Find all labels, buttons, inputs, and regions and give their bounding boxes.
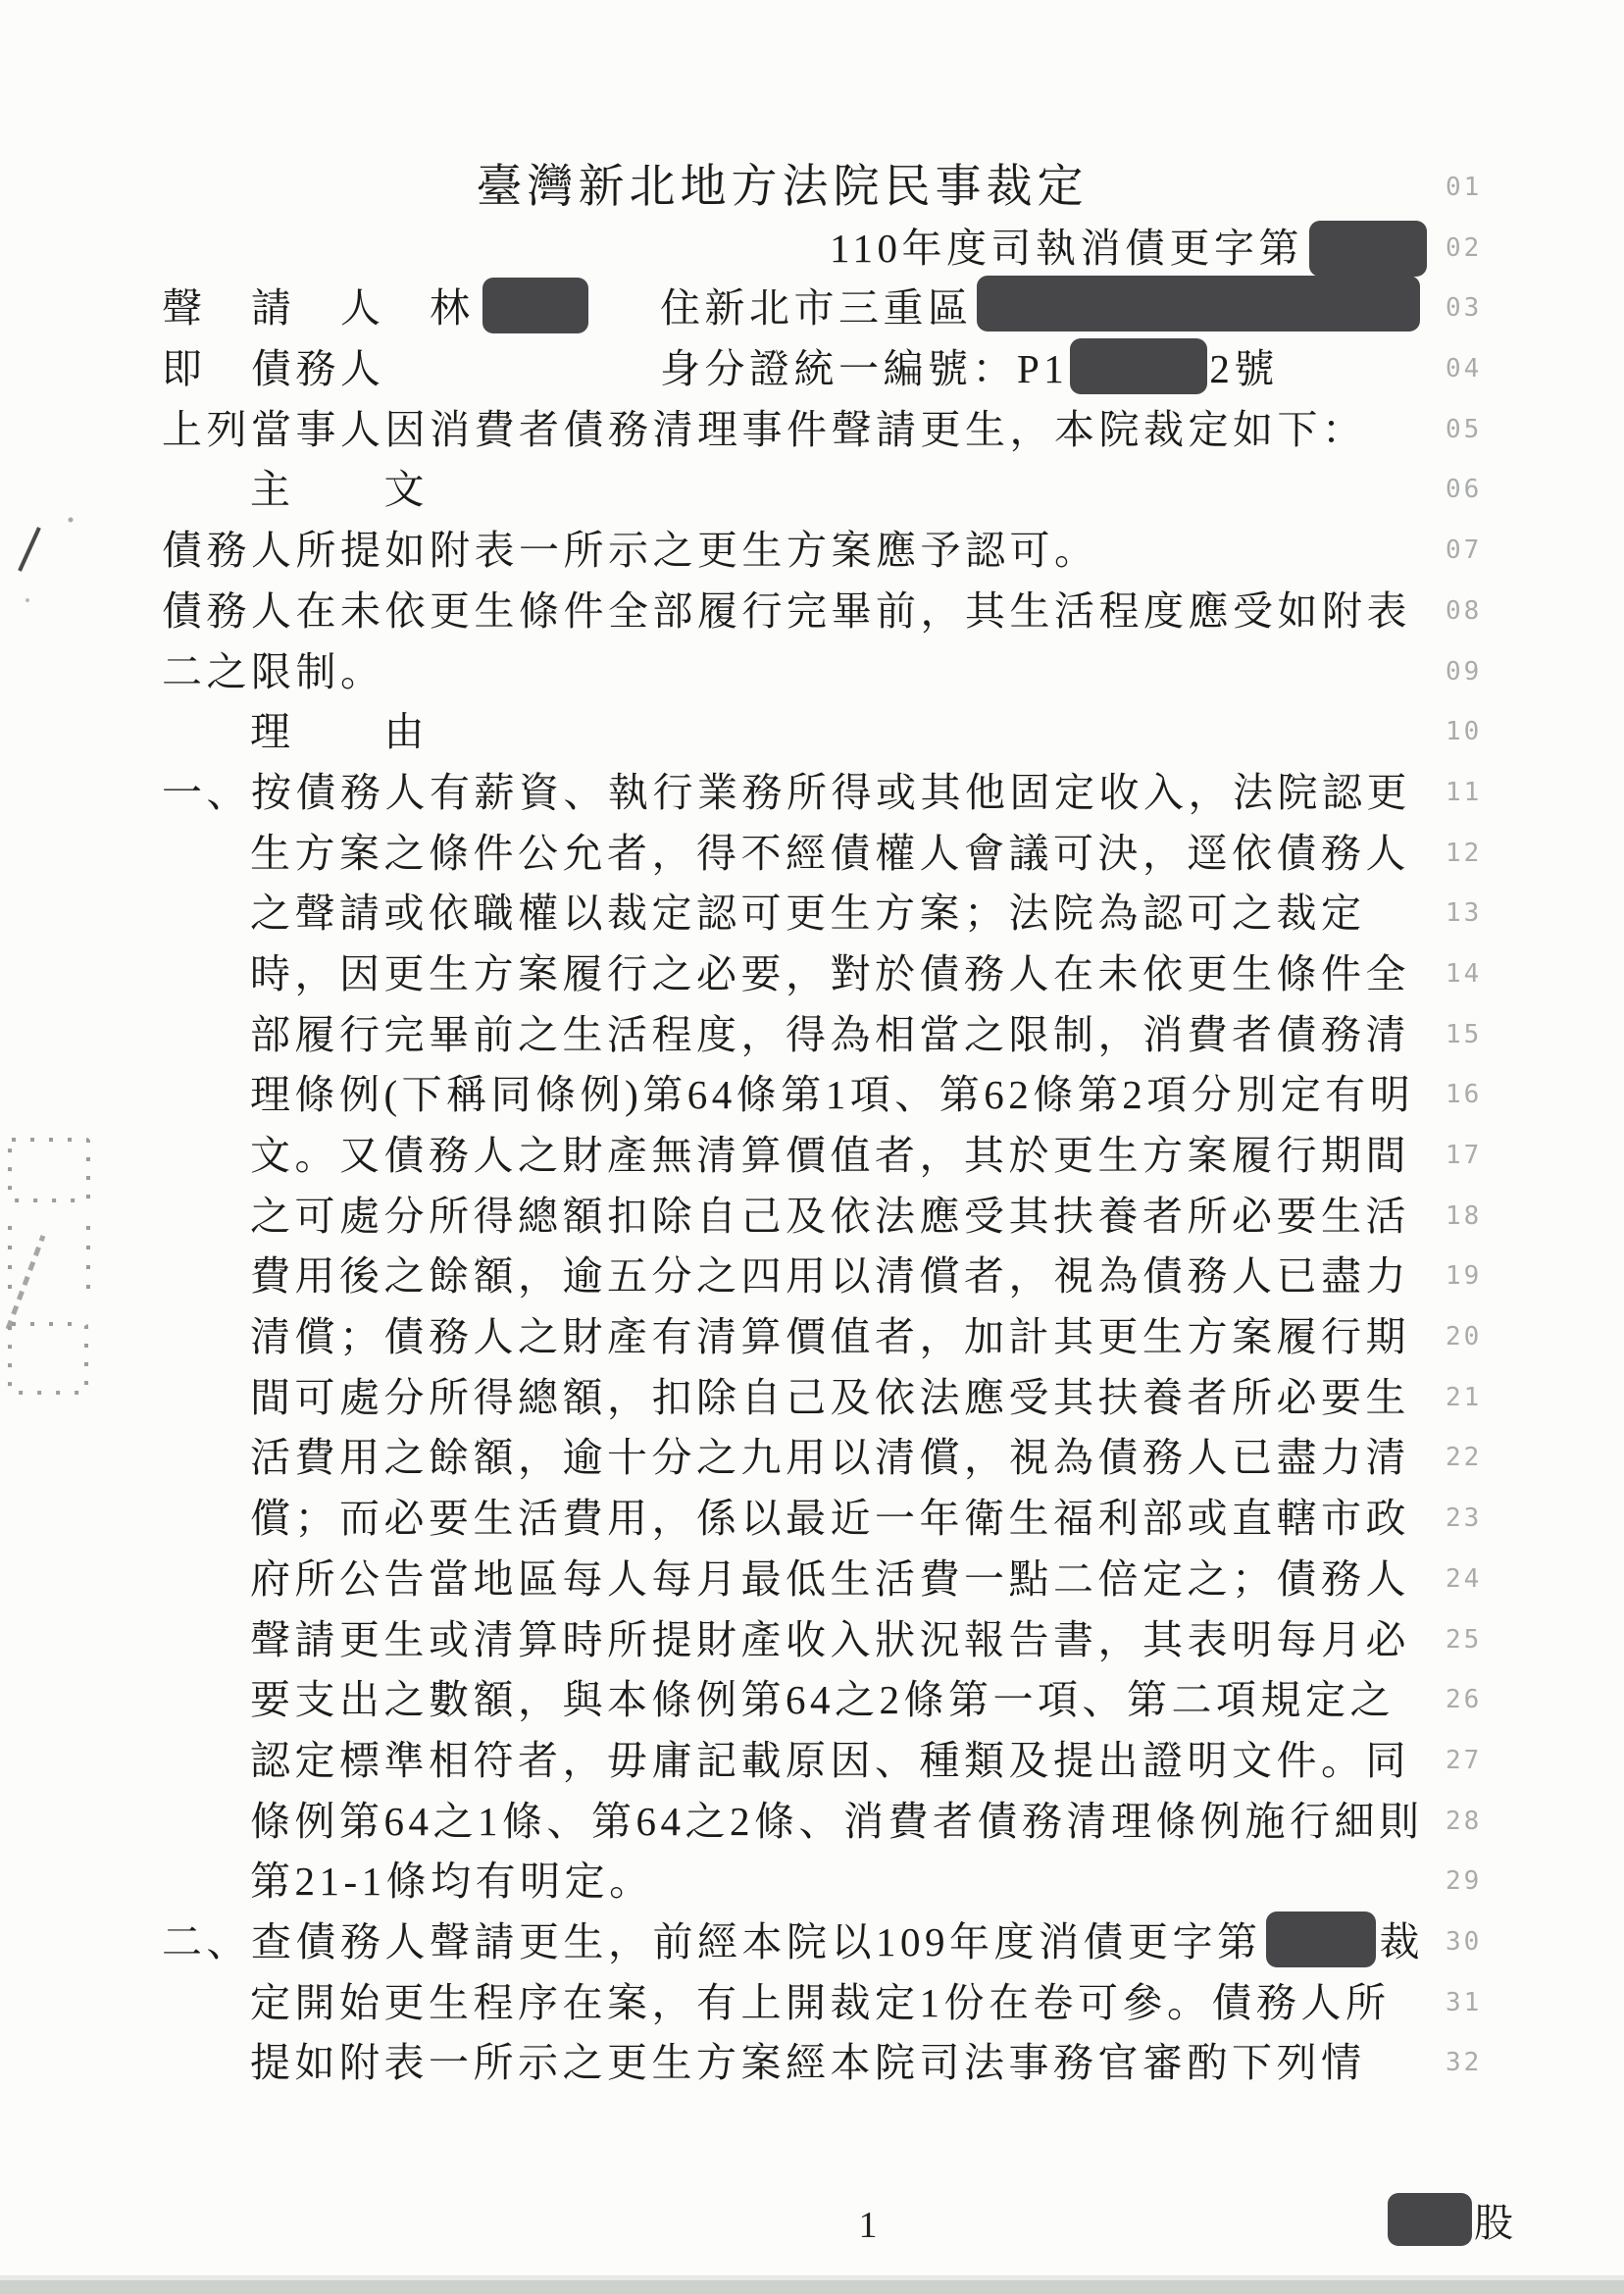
- line-number: 06: [1446, 475, 1482, 504]
- page-number: 1: [838, 2195, 897, 2256]
- line-number: 23: [1446, 1504, 1482, 1533]
- doc-line-19: 費用後之餘額，逾五分之四用以清償者，視為債務人已盡力 19: [0, 1246, 1624, 1306]
- line-number: 14: [1446, 959, 1482, 989]
- line-number: 27: [1446, 1746, 1482, 1775]
- line-number: 31: [1446, 1988, 1482, 2017]
- doc-line-24: 府所公告當地區每人每月最低生活費一點二倍定之；債務人 24: [0, 1549, 1624, 1609]
- doc-line-31: 定開始更生程序在案，有上開裁定1份在卷可參。債務人所 31: [0, 1972, 1624, 2033]
- doc-line-30: 二、查債務人聲請更生，前經本院以109年度消債更字第裁 30: [0, 1912, 1624, 1972]
- body-text: 二之限制。: [162, 641, 385, 702]
- doc-line-10: 理 由 10: [0, 701, 1624, 762]
- body-text: 府所公告當地區每人每月最低生活費一點二倍定之；債務人: [250, 1549, 1410, 1609]
- doc-line-08: 債務人在未依更生條件全部履行完畢前，其生活程度應受如附表 08: [0, 581, 1624, 641]
- doc-line-15: 部履行完畢前之生活程度，得為相當之限制，消費者債務清 15: [0, 1004, 1624, 1065]
- line-number: 05: [1446, 415, 1482, 444]
- body-text: 生方案之條件公允者，得不經債權人會議可決，逕依債務人: [250, 823, 1410, 884]
- body-text: 債務人所提如附表一所示之更生方案應予認可。: [162, 520, 1099, 581]
- division-suffix: 股: [1474, 2201, 1515, 2245]
- body-text: 提如附表一所示之更生方案經本院司法事務官審酌下列情: [250, 2032, 1366, 2093]
- body-text: 認定標準相符者，毋庸記載原因、種類及提出證明文件。同: [250, 1730, 1410, 1791]
- body-text: 條例第64之1條、第64之2條、消費者債務清理條例施行細則: [250, 1791, 1424, 1852]
- redaction-division-stamp: [1388, 2193, 1472, 2246]
- doc-line-25: 聲請更生或清算時所提財產收入狀況報告書，其表明每月必 25: [0, 1609, 1624, 1670]
- line-number: 10: [1446, 717, 1482, 746]
- body-text: 活費用之餘額，逾十分之九用以清償，視為債務人已盡力清: [250, 1427, 1410, 1488]
- id-number-line: 身分證統一編號：P12號: [660, 338, 1279, 399]
- doc-line-23: 償；而必要生活費用，係以最近一年衛生福利部或直轄市政 23: [0, 1488, 1624, 1549]
- line-number: 07: [1446, 535, 1482, 565]
- line-number: 01: [1446, 173, 1482, 202]
- body-text: 債務人在未依更生條件全部履行完畢前，其生活程度應受如附表: [162, 581, 1411, 641]
- line-number: 21: [1446, 1383, 1482, 1412]
- doc-line-05: 上列當事人因消費者債務清理事件聲請更生，本院裁定如下： 05: [0, 399, 1624, 460]
- body-text: 第21-1條均有明定。: [250, 1851, 654, 1912]
- doc-line-13: 之聲請或依職權以裁定認可更生方案；法院為認可之裁定 13: [0, 883, 1624, 943]
- line-number: 16: [1446, 1080, 1482, 1109]
- line-number: 08: [1446, 596, 1482, 626]
- line-number: 29: [1446, 1866, 1482, 1896]
- line-number: 20: [1446, 1322, 1482, 1351]
- line-number: 15: [1446, 1020, 1482, 1049]
- doc-line-11: 一、按債務人有薪資、執行業務所得或其他固定收入，法院認更 11: [0, 762, 1624, 823]
- doc-line-14: 時，因更生方案履行之必要，對於債務人在未依更生條件全 14: [0, 943, 1624, 1004]
- prior-case-suffix: 裁: [1380, 1919, 1425, 1964]
- redaction-prior-case-number: [1266, 1912, 1376, 1967]
- body-text: 償；而必要生活費用，係以最近一年衛生福利部或直轄市政: [250, 1488, 1410, 1549]
- doc-line-21: 間可處分所得總額，扣除自己及依法應受其扶養者所必要生 21: [0, 1367, 1624, 1428]
- line-number: 17: [1446, 1141, 1482, 1170]
- doc-line-16: 理條例(下稱同條例)第64條第1項、第62條第2項分別定有明 16: [0, 1064, 1624, 1125]
- line-number: 09: [1446, 657, 1482, 687]
- redaction-id-number: [1070, 338, 1207, 394]
- scan-edge: [0, 2280, 1624, 2294]
- doc-line-26: 要支出之數額，與本條例第64之2條第一項、第二項規定之 26: [0, 1669, 1624, 1730]
- scan-artifact-slash: [0, 510, 118, 628]
- line-number: 22: [1446, 1443, 1482, 1472]
- body-text: 理條例(下稱同條例)第64條第1項、第62條第2項分別定有明: [250, 1064, 1414, 1125]
- line-number: 28: [1446, 1807, 1482, 1836]
- document-page: 臺灣新北地方法院民事裁定 01 110年度司執消債更字第 02 聲 請 人 林 …: [0, 0, 1624, 2294]
- case-number-line: 110年度司執消債更字第: [162, 218, 1427, 279]
- reasons-heading: 理 由: [250, 701, 429, 762]
- doc-line-02: 110年度司執消債更字第 02: [0, 218, 1624, 279]
- body-text: 定開始更生程序在案，有上開裁定1份在卷可參。債務人所: [250, 1972, 1391, 2033]
- body-text: 費用後之餘額，逾五分之四用以清償者，視為債務人已盡力: [250, 1246, 1410, 1306]
- scan-artifact-dots: [0, 1128, 118, 1442]
- body-text: 要支出之數額，與本條例第64之2條第一項、第二項規定之: [250, 1669, 1395, 1730]
- main-text-heading: 主 文: [250, 459, 429, 520]
- doc-line-07: 債務人所提如附表一所示之更生方案應予認可。 07: [0, 520, 1624, 581]
- line-number: 30: [1446, 1927, 1482, 1957]
- line-number: 26: [1446, 1685, 1482, 1714]
- body-text: 聲請更生或清算時所提財產收入狀況報告書，其表明每月必: [250, 1609, 1410, 1670]
- redaction-case-number: [1309, 221, 1427, 277]
- line-number: 19: [1446, 1261, 1482, 1291]
- body-text: 清償；債務人之財產有清算價值者，加計其更生方案履行期: [250, 1306, 1410, 1367]
- line-number: 32: [1446, 2048, 1482, 2077]
- body-text: 文。又債務人之財產無清算價值者，其於更生方案履行期間: [250, 1125, 1410, 1186]
- applicant-address: 住新北市三重區: [660, 278, 1420, 338]
- line-number: 18: [1446, 1201, 1482, 1231]
- division-stamp: 股: [1388, 2193, 1515, 2254]
- case-number-prefix: 110年度司執消債更字第: [830, 226, 1303, 271]
- line-number: 25: [1446, 1625, 1482, 1655]
- redaction-address: [977, 276, 1420, 331]
- doc-line-04: 即 債務人 身分證統一編號：P12號 04: [0, 338, 1624, 399]
- intro-sentence: 上列當事人因消費者債務清理事件聲請更生，本院裁定如下：: [162, 399, 1367, 460]
- line-number: 03: [1446, 293, 1482, 323]
- line-number: 24: [1446, 1564, 1482, 1594]
- line-number: 11: [1446, 778, 1482, 807]
- body-text: 時，因更生方案履行之必要，對於債務人在未依更生條件全: [250, 943, 1410, 1004]
- id-number-prefix: 身分證統一編號：P1: [660, 346, 1068, 391]
- doc-line-09: 二之限制。 09: [0, 641, 1624, 702]
- body-text: 二、查債務人聲請更生，前經本院以109年度消債更字第裁: [162, 1912, 1424, 1972]
- court-title: 臺灣新北地方法院民事裁定: [162, 157, 1402, 218]
- debtor-label: 即 債務人: [162, 338, 385, 399]
- doc-line-20: 清償；債務人之財產有清算價值者，加計其更生方案履行期 20: [0, 1306, 1624, 1367]
- doc-line-18: 之可處分所得總額扣除自己及依法應受其扶養者所必要生活 18: [0, 1186, 1624, 1247]
- line-number: 12: [1446, 839, 1482, 868]
- body-text: 部履行完畢前之生活程度，得為相當之限制，消費者債務清: [250, 1004, 1410, 1065]
- applicant-label: 聲 請 人 林: [162, 278, 588, 338]
- doc-line-12: 生方案之條件公允者，得不經債權人會議可決，逕依債務人 12: [0, 823, 1624, 884]
- body-text: 之聲請或依職權以裁定認可更生方案；法院為認可之裁定: [250, 883, 1366, 943]
- line-number: 13: [1446, 898, 1482, 928]
- body-text: 之可處分所得總額扣除自己及依法應受其扶養者所必要生活: [250, 1186, 1410, 1247]
- doc-line-03: 聲 請 人 林 住新北市三重區 03: [0, 278, 1624, 338]
- prior-case-prefix: 二、查債務人聲請更生，前經本院以109年度消債更字第: [162, 1919, 1262, 1964]
- line-number: 04: [1446, 354, 1482, 383]
- line-number: 02: [1446, 233, 1482, 263]
- doc-line-17: 文。又債務人之財產無清算價值者，其於更生方案履行期間 17: [0, 1125, 1624, 1186]
- document-body: 臺灣新北地方法院民事裁定 01 110年度司執消債更字第 02 聲 請 人 林 …: [0, 157, 1624, 2093]
- doc-line-27: 認定標準相符者，毋庸記載原因、種類及提出證明文件。同 27: [0, 1730, 1624, 1791]
- doc-line-22: 活費用之餘額，逾十分之九用以清償，視為債務人已盡力清 22: [0, 1427, 1624, 1488]
- doc-line-06: 主 文 06: [0, 459, 1624, 520]
- doc-line-29: 第21-1條均有明定。 29: [0, 1851, 1624, 1912]
- doc-line-32: 提如附表一所示之更生方案經本院司法事務官審酌下列情 32: [0, 2032, 1624, 2093]
- id-number-suffix: 2號: [1209, 346, 1279, 391]
- doc-line-01: 臺灣新北地方法院民事裁定 01: [0, 157, 1624, 218]
- redaction-applicant-name: [482, 278, 588, 333]
- doc-line-28: 條例第64之1條、第64之2條、消費者債務清理條例施行細則 28: [0, 1791, 1624, 1852]
- body-text: 一、按債務人有薪資、執行業務所得或其他固定收入，法院認更: [162, 762, 1411, 823]
- body-text: 間可處分所得總額，扣除自己及依法應受其扶養者所必要生: [250, 1367, 1410, 1428]
